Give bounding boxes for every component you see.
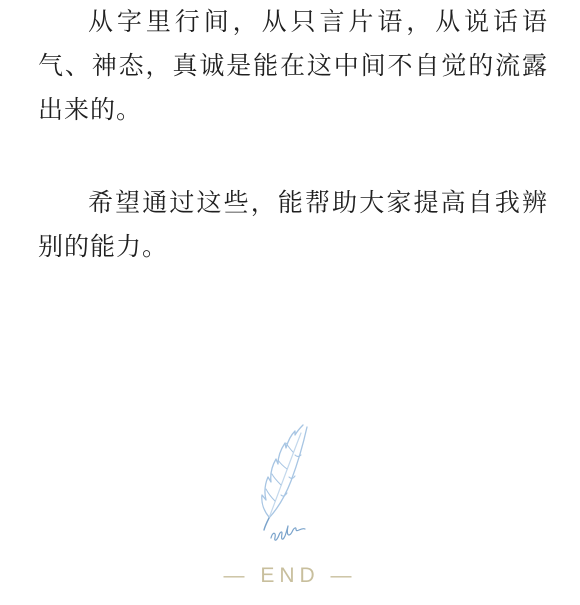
article-paragraph: 从字里行间，从只言片语，从说话语气、神态，真诚是能在这中间不自觉的流露出来的。 (38, 0, 548, 132)
end-marker: — END — (0, 563, 580, 589)
illustration-container (0, 421, 580, 545)
article-page: 从字里行间，从只言片语，从说话语气、神态，真诚是能在这中间不自觉的流露出来的。 … (0, 0, 580, 605)
article-paragraph: 希望通过这些，能帮助大家提高自我辨别的能力。 (38, 181, 548, 269)
feather-quill-sketch-icon (244, 421, 336, 545)
article-body: 从字里行间，从只言片语，从说话语气、神态，真诚是能在这中间不自觉的流露出来的。 … (0, 0, 580, 269)
